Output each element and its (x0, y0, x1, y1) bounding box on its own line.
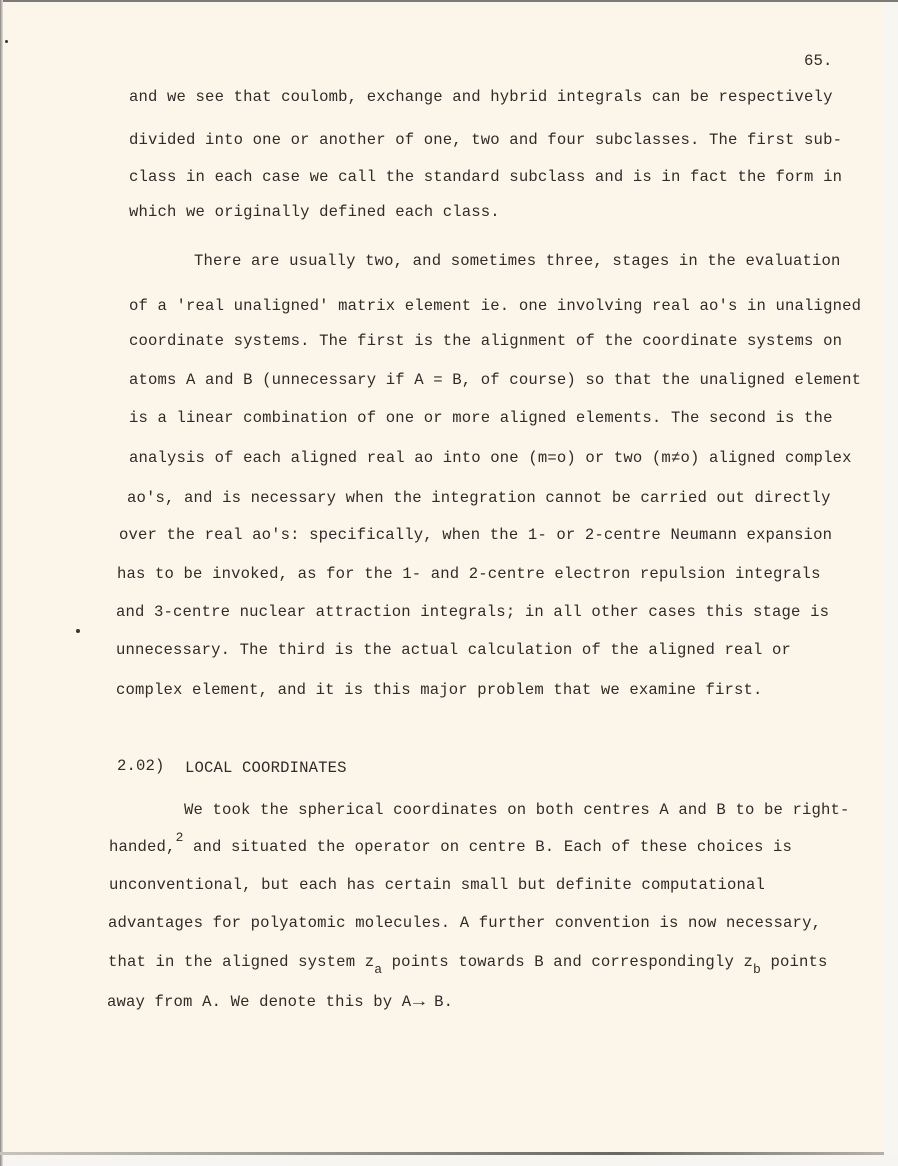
text-line: unconventional, but each has certain sma… (109, 876, 765, 894)
right-arrow-icon: → (413, 993, 422, 1011)
text-span: points towards B and correspondingly z (382, 953, 753, 971)
text-span: handed, (109, 838, 176, 856)
text-line: away from A. We denote this by A→ B. (107, 993, 453, 1011)
text-line: There are usually two, and sometimes thr… (194, 252, 841, 270)
paper-top-edge (0, 0, 898, 2)
subscript-a: a (374, 962, 382, 977)
text-span: away from A. We denote this by A (107, 993, 411, 1011)
text-span: that in the aligned system z (108, 953, 374, 971)
text-span: points (761, 953, 828, 971)
text-line: class in each case we call the standard … (129, 168, 842, 186)
scan-speck (76, 629, 80, 633)
footnote-marker: 2 (176, 830, 184, 845)
text-line: which we originally defined each class. (129, 203, 500, 221)
paper-bottom-edge (0, 1152, 884, 1155)
text-line: handed,2 and situated the operator on ce… (109, 838, 792, 856)
scanned-page: 65. and we see that coulomb, exchange an… (0, 0, 898, 1166)
text-line: complex element, and it is this major pr… (116, 681, 763, 699)
text-line: unnecessary. The third is the actual cal… (116, 641, 791, 659)
text-line: is a linear combination of one or more a… (129, 409, 833, 427)
text-line: advantages for polyatomic molecules. A f… (108, 914, 821, 932)
page-number: 65. (804, 52, 833, 70)
text-line: and 3-centre nuclear attraction integral… (116, 603, 829, 621)
section-number: 2.02) (117, 757, 165, 775)
text-line: ao's, and is necessary when the integrat… (127, 489, 831, 507)
text-span: and situated the operator on centre B. E… (184, 838, 793, 856)
scan-speck (5, 40, 8, 43)
text-line: and we see that coulomb, exchange and hy… (129, 88, 833, 106)
text-line: atoms A and B (unnecessary if A = B, of … (129, 371, 861, 389)
section-title: LOCAL COORDINATES (185, 759, 347, 777)
text-span: B. (425, 993, 454, 1011)
text-line: We took the spherical coordinates on bot… (184, 801, 850, 819)
text-line: analysis of each aligned real ao into on… (129, 449, 852, 467)
subscript-b: b (753, 962, 761, 977)
text-line: divided into one or another of one, two … (129, 131, 842, 149)
text-line: of a 'real unaligned' matrix element ie.… (129, 297, 861, 315)
text-line: that in the aligned system za points tow… (108, 953, 828, 971)
paper-left-edge (0, 0, 3, 1166)
text-line: has to be invoked, as for the 1- and 2-c… (117, 565, 821, 583)
text-line: coordinate systems. The first is the ali… (129, 332, 842, 350)
text-line: over the real ao's: specifically, when t… (119, 526, 832, 544)
scan-margin (883, 2, 898, 1154)
